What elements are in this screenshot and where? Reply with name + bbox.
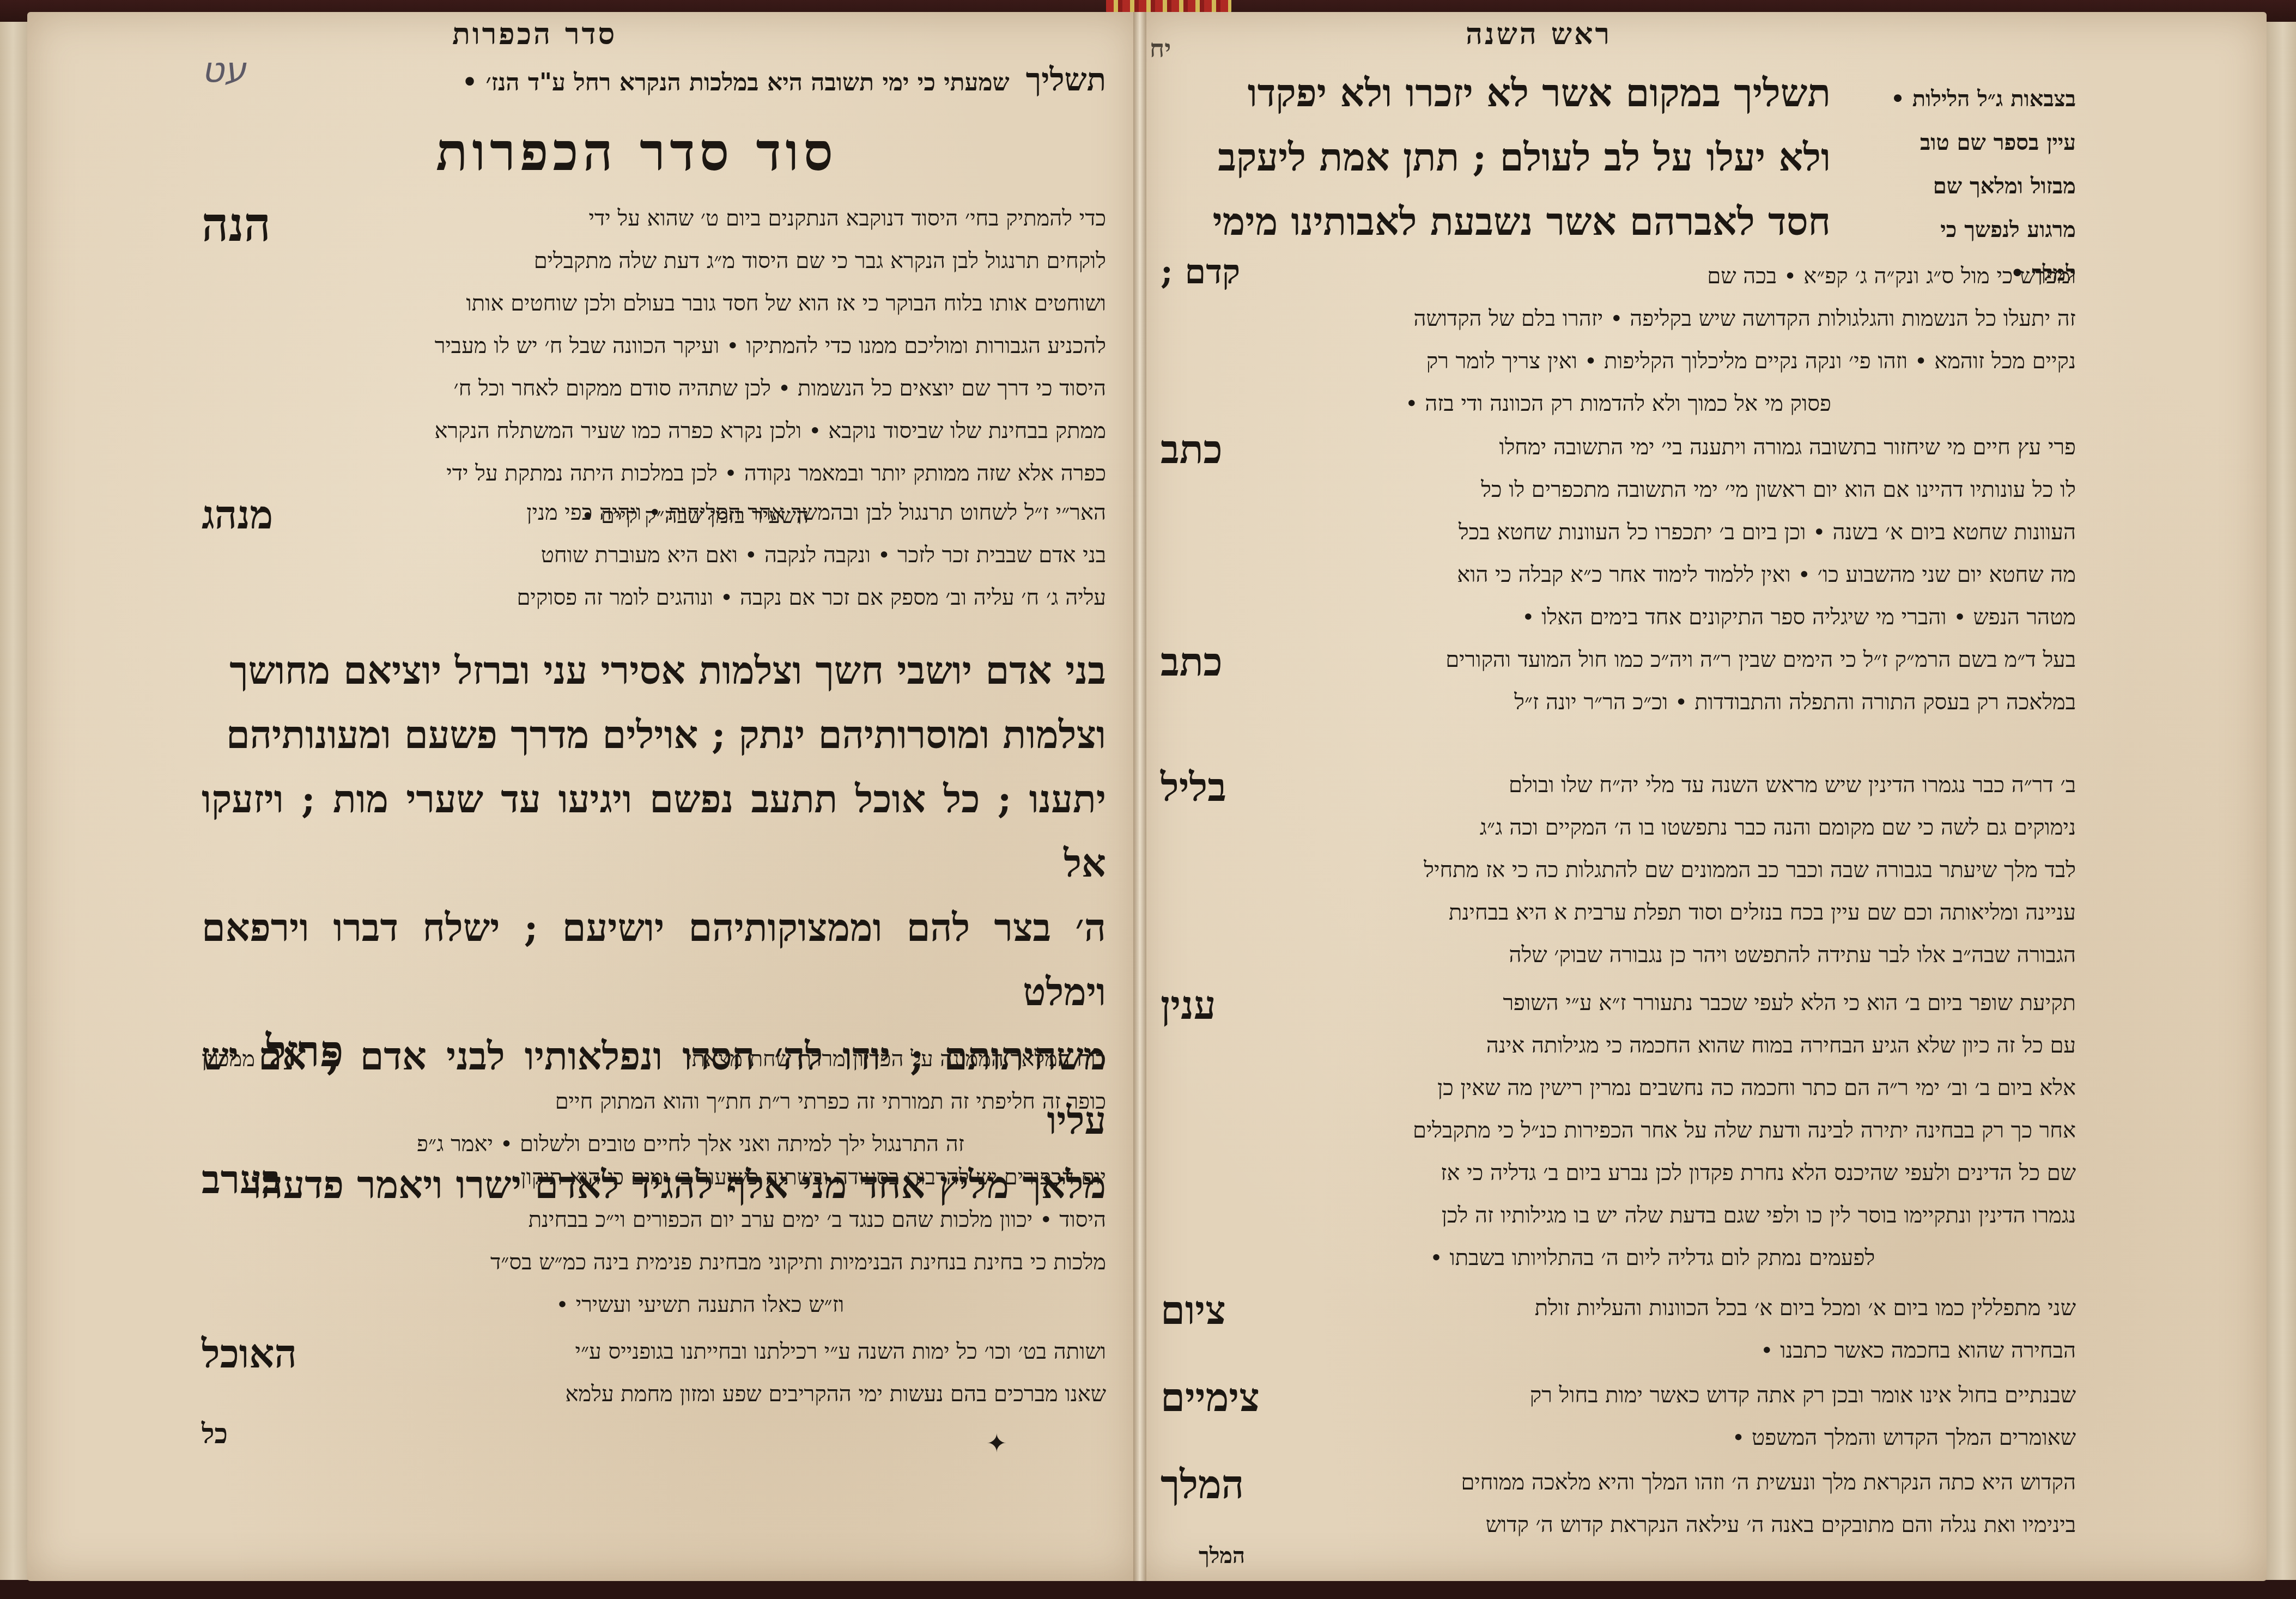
- lead-word: בערב: [202, 1156, 281, 1326]
- text-line: הקדוש היא כתה הנקראת מלך ונעשית ה׳ וזהו …: [1257, 1461, 2076, 1504]
- text-line: ממתק בבחינת שלו שביסוד נוקבא • ולכן נקרא…: [284, 410, 1106, 452]
- text-line: לוקחים תרנגול לבן הנקרא גבר כי שם היסוד …: [284, 240, 1106, 282]
- lead-word: פרזל: [266, 1025, 344, 1077]
- side-note-line: מבזול ומלאך שם: [1847, 165, 2076, 208]
- text-line: האר״י ז״ל לשחוט תרנגול לבן ובהמשך אחר הס…: [286, 491, 1106, 534]
- text-line: כוח המלאך הממונה על הפדיון מרדת שחת מצאת…: [354, 1038, 1106, 1080]
- text-line: כופר זה חליפתי זה תמורתי זה כפרתי ר״ת חת…: [202, 1080, 1106, 1123]
- section-beyom: ציום שני מתפללין כמו ביום א׳ ומכל ביום א…: [1161, 1287, 2076, 1372]
- text-line: נימוקים גם לשה כי שם מקומם והנה כבר נתפש…: [1240, 806, 2076, 849]
- section-text: כדי להמתיק בחי׳ היסוד דנוקבא הנתקנים ביו…: [284, 197, 1106, 537]
- text-line: היסוד • יכוון מלכות שהם כנגד ב׳ ימים ערב…: [294, 1199, 1106, 1241]
- lead-word: הנה: [202, 197, 271, 537]
- section-katav-2: כתב בעל ד״מ בשם הרמ״ק ז״ל כי הימים שבין …: [1161, 639, 2076, 723]
- verse-line: בני אדם יושבי חשך וצלמות אסירי עני וברזל…: [202, 639, 1106, 703]
- text-line: מטהר הנפש • והברי מי שיגליה ספר התיקונים…: [1236, 596, 2076, 639]
- section-katav-1: כתב פרי עץ חיים מי שיחזור בתשובה גמורה ו…: [1161, 426, 2076, 639]
- running-head-left: סדר הכפרות: [452, 16, 617, 51]
- text-line: במלאכה רק בעסק התורה והתפלה והתבודדות • …: [1236, 681, 2076, 723]
- section-text: בעל ד״מ בשם הרמ״ק ז״ל כי הימים שבין ר״ה …: [1236, 639, 2076, 723]
- lead-word: ענין: [1161, 982, 1216, 1279]
- text-line: תקיעת שופר ביום ב׳ הוא כי הלא לעפי שכבר …: [1229, 982, 2076, 1024]
- text-line: בני אדם שבבית זכר לזכר • ונקבה לנקבה • ו…: [286, 534, 1106, 576]
- verse-line: תשליך במקום אשר לא יזכרו ולא יפקדו: [1161, 61, 1831, 125]
- text-line: היסוד כי דרך שם יוצאים כל הנשמות • לכן ש…: [284, 367, 1106, 410]
- text-line: וז״ש כאלו התענה תשיעי ועשירי •: [294, 1284, 1106, 1326]
- section-text: יום הכפורים יש להרבות בסעודה ובשתיה כשיע…: [294, 1156, 1106, 1326]
- text-line: בינימיו ואת נגלה והם מתובקים באנה ה׳ עיל…: [1257, 1504, 2076, 1546]
- text-line: לפעמים נמתק לום גדליה ליום ה׳ בהתלויותו …: [1229, 1237, 2076, 1279]
- side-note-line: מרגוע לנפשך כי: [1847, 208, 2076, 252]
- section-text: ושותה בט׳ וכו׳ כל ימות השנה ע״י רכילתנו …: [310, 1330, 1106, 1415]
- section-minhag: מנהג האר״י ז״ל לשחוט תרנגול לבן ובהמשך א…: [202, 491, 1106, 619]
- text-line: ב׳ דר״ה כבר נגמרו הדינין שיש מראש השנה ע…: [1240, 764, 2076, 806]
- lead-word: כתב: [1161, 639, 1223, 723]
- left-page: סדר הכפרות עט תשליך שמעתי כי ימי תשובה ה…: [27, 12, 1139, 1581]
- section-title: סוד סדר הכפרות: [436, 121, 837, 183]
- text-line: כדי להמתיק בחי׳ היסוד דנוקבא הנתקנים ביו…: [284, 197, 1106, 240]
- tashlich-verses: תשליך במקום אשר לא יזכרו ולא יפקדו ולא י…: [1161, 61, 1831, 254]
- section-beyamim: צימיים שבנתיים בחול אינו אומר ובכן רק את…: [1161, 1374, 2076, 1459]
- text-line: שני מתפללין כמו ביום א׳ ומכל ביום א׳ בכל…: [1239, 1287, 2076, 1329]
- catchword-right: המלך: [1199, 1543, 1245, 1568]
- text-line: עליה ג׳ ח׳ עליה וב׳ מספק אם זכר אם נקבה …: [286, 576, 1106, 619]
- text-line: פרי עץ חיים מי שיחזור בתשובה גמורה ויתענ…: [1236, 426, 2076, 469]
- catchword-left: כל: [202, 1418, 228, 1450]
- section-text: פרי עץ חיים מי שיחזור בתשובה גמורה ויתענ…: [1236, 426, 2076, 639]
- verse-line: יתענו ; כל אוכל תתעב נפשם ויגיעו עד שערי…: [202, 767, 1106, 896]
- section-inyan: ענין תקיעת שופר ביום ב׳ הוא כי הלא לעפי …: [1161, 982, 2076, 1279]
- verse-line: ולא יעלו על לב לעולם ; תתן אמת ליעקב: [1161, 125, 1831, 190]
- text-line: שם כל הדינים ולעפי שהיכנס הלא נחרת פקדון…: [1229, 1152, 2076, 1194]
- text-line: זה יתעלו כל הנשמות והגלגולות הקדושה שיש …: [1161, 297, 2076, 340]
- section-pedael: ממכוין פרזל כוח המלאך הממונה על הפדיון מ…: [202, 1025, 1106, 1165]
- text-line: מה שחטא יום שני מהשבוע כו׳ • ואין ללמוד …: [1236, 554, 2076, 596]
- text-line: לבד מלך שיעתר בגבורה שבה וכבר כב הממונים…: [1240, 849, 2076, 891]
- text-line: פסוק מי אל כמוך ולא להדמות רק הכוונה ודי…: [1161, 382, 2076, 425]
- section-hamelech: המלך הקדוש היא כתה הנקראת מלך ונעשית ה׳ …: [1161, 1461, 2076, 1546]
- verse-line: ה׳ בצר להם וממצוקותיהם יושיעם ; ישלח דבר…: [202, 896, 1106, 1024]
- opening-lead-word: תשליך: [1026, 61, 1106, 98]
- text-line: שבנתיים בחול אינו אומר ובכן רק אתה קדוש …: [1273, 1374, 2076, 1416]
- text-line: מלכות כי בחינת בנחינת הבנימיות ותיקוני מ…: [294, 1241, 1106, 1284]
- backdrop-bottom: [0, 1583, 2296, 1599]
- verse-line: חסד לאברהם אשר נשבעת לאבותינו מימי: [1161, 190, 1831, 254]
- text-line: שאומרים המלך הקדוש והמלך המשפט •: [1273, 1416, 2076, 1459]
- text-line: נקיים מכל זוהמא • וזהו פי׳ ונקה נקיים מל…: [1161, 340, 2076, 382]
- section-hinneh: הנה כדי להמתיק בחי׳ היסוד דנוקבא הנתקנים…: [202, 197, 1106, 537]
- section-text: שני מתפללין כמו ביום א׳ ומכל ביום א׳ בכל…: [1239, 1287, 2076, 1372]
- section-haochel: האוכל ושותה בט׳ וכו׳ כל ימות השנה ע״י רכ…: [202, 1330, 1106, 1415]
- text-line: לו כל עונותיו דהיינו אם הוא יום ראשון מי…: [1236, 469, 2076, 511]
- section-text: ב׳ דר״ה כבר נגמרו הדינין שיש מראש השנה ע…: [1240, 764, 2076, 976]
- text-line: ומפרש כי מול ס״ג ונק״ה ג׳ קפ״א • בכה שם: [1256, 255, 2076, 297]
- prefix-word: ממכוין: [202, 1038, 255, 1080]
- text-line: עניינה ומליאותה וכם שם עיין בכח בנזלים ו…: [1240, 891, 2076, 934]
- text-line: העוונות שחטא ביום א׳ בשנה • וכן ביום ב׳ …: [1236, 511, 2076, 554]
- lead-word: בליל: [1161, 764, 1226, 976]
- opening-line: תשליך שמעתי כי ימי תשובה היא במלכות הנקר…: [234, 61, 1106, 98]
- right-page: ראש השנה יח תשליך במקום אשר לא יזכרו ולא…: [1139, 12, 2267, 1581]
- section-beerev: בערב יום הכפורים יש להרבות בסעודה ובשתיה…: [202, 1156, 1106, 1326]
- section-text: תקיעת שופר ביום ב׳ הוא כי הלא לעפי שכבר …: [1229, 982, 2076, 1279]
- text-line: בעל ד״מ בשם הרמ״ק ז״ל כי הימים שבין ר״ה …: [1236, 639, 2076, 681]
- side-note-line: בצבאות ג״ל הלילות •: [1847, 77, 2076, 121]
- lead-word: צימיים: [1161, 1374, 1260, 1459]
- section-beleil: בליל ב׳ דר״ה כבר נגמרו הדינין שיש מראש ה…: [1161, 764, 2076, 976]
- text-line: נגמרו הדינין ונתקיימו בוסר לין כו ולפי ש…: [1229, 1194, 2076, 1237]
- lead-word: המלך: [1161, 1461, 1244, 1546]
- text-line: להכניע הגבורות ומוליכם ממנו כדי להמתיקו …: [284, 325, 1106, 367]
- text-line: הגבורה שבה״ב אלו לבר עתידה להתפשט ויהר כ…: [1240, 934, 2076, 976]
- text-line: אחר כך רק בבחינה יתירה לבינה ודעת שלה על…: [1229, 1109, 2076, 1152]
- section-text: האר״י ז״ל לשחוט תרנגול לבן ובהמשך אחר הס…: [286, 491, 1106, 619]
- right-fore-edge: [2263, 22, 2296, 1580]
- text-line: כפרה אלא שזה ממותק יותר ובמאמר נקודה • ל…: [284, 452, 1106, 495]
- text-line: יום הכפורים יש להרבות בסעודה ובשתיה כשיע…: [294, 1156, 1106, 1199]
- lead-word: כתב: [1161, 426, 1223, 639]
- verse-line: וצלמות ומוסרותיהם ינתק ; אוילים מדרך פשע…: [202, 703, 1106, 767]
- ornament-mark: ✦: [986, 1428, 1007, 1458]
- text-line: עם כל זה כיון שלא הגיע הבחירה במוח שהוא …: [1229, 1024, 2076, 1067]
- text-line: שאנו מברכים בהם נעשות ימי ההקריבים שפע ו…: [310, 1373, 1106, 1415]
- text-line: ושוחטים אותו בלוח הבוקר כי אז הוא של חסד…: [284, 282, 1106, 325]
- lead-word: מנהג: [202, 491, 273, 619]
- section-text: שבנתיים בחול אינו אומר ובכן רק אתה קדוש …: [1273, 1374, 2076, 1459]
- text-line: ושותה בט׳ וכו׳ כל ימות השנה ע״י רכילתנו …: [310, 1330, 1106, 1373]
- text-line: הבחירה שהוא בחכמה כאשר כתבנו •: [1239, 1329, 2076, 1372]
- lead-word: ציום: [1161, 1287, 1226, 1372]
- opening-text: שמעתי כי ימי תשובה היא במלכות הנקרא רחל …: [462, 69, 1010, 96]
- verse-end: קדם ;: [1161, 252, 1240, 292]
- running-head-right: ראש השנה: [1466, 16, 1612, 51]
- folio-number: יח: [1150, 34, 1171, 63]
- book-gutter: [1133, 12, 1146, 1581]
- section-text: הקדוש היא כתה הנקראת מלך ונעשית ה׳ וזהו …: [1257, 1461, 2076, 1546]
- text-line: אלא ביום ב׳ וב׳ ימי ר״ה הם כתר וחכמה כה …: [1229, 1067, 2076, 1109]
- side-note-line: עיין בספר שם טוב: [1847, 121, 2076, 165]
- lead-word: האוכל: [202, 1330, 297, 1415]
- commentary-top: קדם ; ומפרש כי מול ס״ג ונק״ה ג׳ קפ״א • ב…: [1161, 252, 2076, 425]
